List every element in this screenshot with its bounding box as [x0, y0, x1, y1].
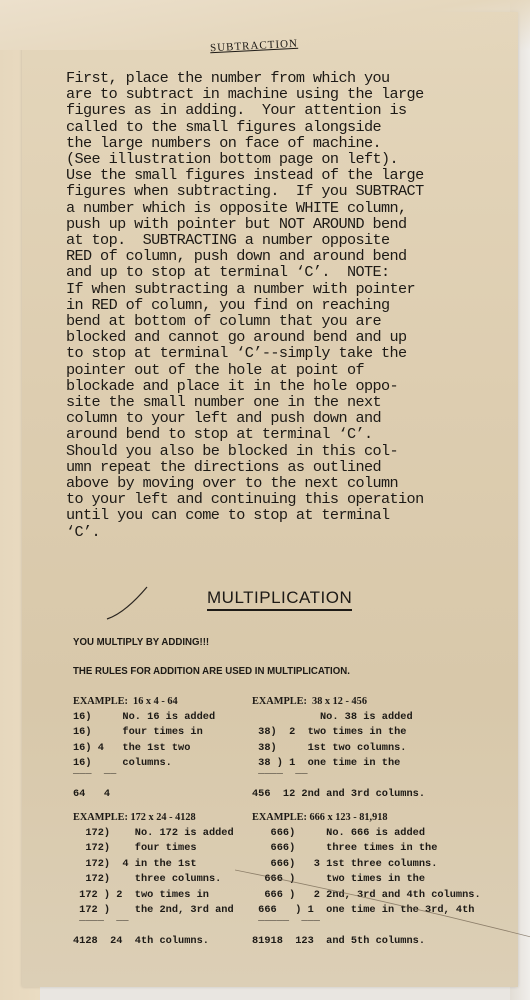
subtraction-line: Use the small figures instead of the lar…: [66, 167, 478, 183]
subtraction-line: a number which is opposite WHITE column,: [66, 200, 478, 216]
subtraction-line: above by moving over to the next column: [66, 475, 478, 491]
subtraction-line: First, place the number from which you: [66, 70, 478, 86]
example-line: 666) three times in the: [252, 841, 481, 857]
paper-crease-line: [235, 860, 530, 940]
subtraction-paragraph: First, place the number from which youar…: [66, 70, 478, 540]
example-heading: EXAMPLE: 16 x 4 - 64: [73, 694, 215, 710]
subtraction-line: figures as in adding. Your attention is: [66, 102, 478, 118]
example-line: 172 ) the 2nd, 3rd and: [73, 903, 234, 919]
subtraction-line: to your left and continuing this operati…: [66, 491, 478, 507]
subtraction-line: at top. SUBTRACTING a number opposite: [66, 232, 478, 248]
subtraction-line: the large numbers on face of machine.: [66, 135, 478, 151]
subtraction-line: until you can come to stop at terminal: [66, 507, 478, 523]
example-line: 666) No. 666 is added: [252, 826, 481, 842]
example-line: 16) four times in: [73, 725, 215, 741]
example-line: 172) 4 in the 1st: [73, 857, 234, 873]
subtraction-line: around bend to stop at terminal ‘C’.: [66, 426, 478, 442]
example-line: ‾‾‾ ‾‾: [73, 772, 215, 788]
example-heading: EXAMPLE: 172 x 24 - 4128: [73, 810, 234, 826]
subtraction-heading: SUBTRACTION: [210, 38, 299, 55]
multiplication-heading: MULTIPLICATION: [207, 588, 352, 611]
example-172x24: EXAMPLE: 172 x 24 - 4128 172) No. 172 is…: [73, 810, 234, 950]
subtraction-line: (See illustration bottom page on left).: [66, 151, 478, 167]
subtraction-line: in RED of column, you find on reaching: [66, 297, 478, 313]
example-line: 64 4: [73, 787, 215, 803]
example-line: 172) No. 172 is added: [73, 826, 234, 842]
subtraction-line: If when subtracting a number with pointe…: [66, 281, 478, 297]
subtraction-line: and up to stop at terminal ‘C’. NOTE:: [66, 264, 478, 280]
subtraction-line: figures when subtracting. If you SUBTRAC…: [66, 183, 478, 199]
example-line: 16) No. 16 is added: [73, 710, 215, 726]
example-line: 456 12 2nd and 3rd columns.: [252, 787, 425, 803]
example-line: 4128 24 4th columns.: [73, 934, 234, 950]
example-line: 172 ) 2 two times in: [73, 888, 234, 904]
example-heading: EXAMPLE: 666 x 123 - 81,918: [252, 810, 481, 826]
subtraction-line: are to subtract in machine using the lar…: [66, 86, 478, 102]
example-line: ‾‾‾‾ ‾‾: [73, 919, 234, 935]
rule-multiply-by-adding: YOU MULTIPLY BY ADDING!!!: [73, 636, 209, 648]
subtraction-line: push up with pointer but NOT AROUND bend: [66, 216, 478, 232]
rule-addition-used: THE RULES FOR ADDITION ARE USED IN MULTI…: [73, 665, 350, 677]
pen-stroke-mark: [95, 583, 155, 623]
example-line: 172) three columns.: [73, 872, 234, 888]
example-line: No. 38 is added: [252, 710, 425, 726]
subtraction-line: blockade and place it in the hole oppo-: [66, 378, 478, 394]
example-line: ‾‾‾‾ ‾‾: [252, 772, 425, 788]
example-heading: EXAMPLE: 38 x 12 - 456: [252, 694, 425, 710]
example-line: 16) 4 the 1st two: [73, 741, 215, 757]
subtraction-line: to stop at terminal ‘C’--simply take the: [66, 345, 478, 361]
subtraction-line: umn repeat the directions as outlined: [66, 459, 478, 475]
subtraction-line: ‘C’.: [66, 524, 478, 540]
example-line: 38) 1st two columns.: [252, 741, 425, 757]
subtraction-line: Should you also be blocked in this col-: [66, 443, 478, 459]
subtraction-line: bend at bottom of column that you are: [66, 313, 478, 329]
example-line: 38) 2 two times in the: [252, 725, 425, 741]
subtraction-line: column to your left and push down and: [66, 410, 478, 426]
document-content: SUBTRACTION First, place the number from…: [0, 0, 530, 1000]
subtraction-line: blocked and cannot go around bend and up: [66, 329, 478, 345]
example-line: 38 ) 1 one time in the: [252, 756, 425, 772]
subtraction-line: called to the small figures alongside: [66, 119, 478, 135]
example-16x4: EXAMPLE: 16 x 4 - 6416) No. 16 is added1…: [73, 694, 215, 803]
subtraction-line: site the small number one in the next: [66, 394, 478, 410]
example-line: 172) four times: [73, 841, 234, 857]
example-38x12: EXAMPLE: 38 x 12 - 456 No. 38 is added 3…: [252, 694, 425, 803]
example-line: 16) columns.: [73, 756, 215, 772]
subtraction-line: pointer out of the hole at point of: [66, 362, 478, 378]
subtraction-line: RED of column, push down and around bend: [66, 248, 478, 264]
